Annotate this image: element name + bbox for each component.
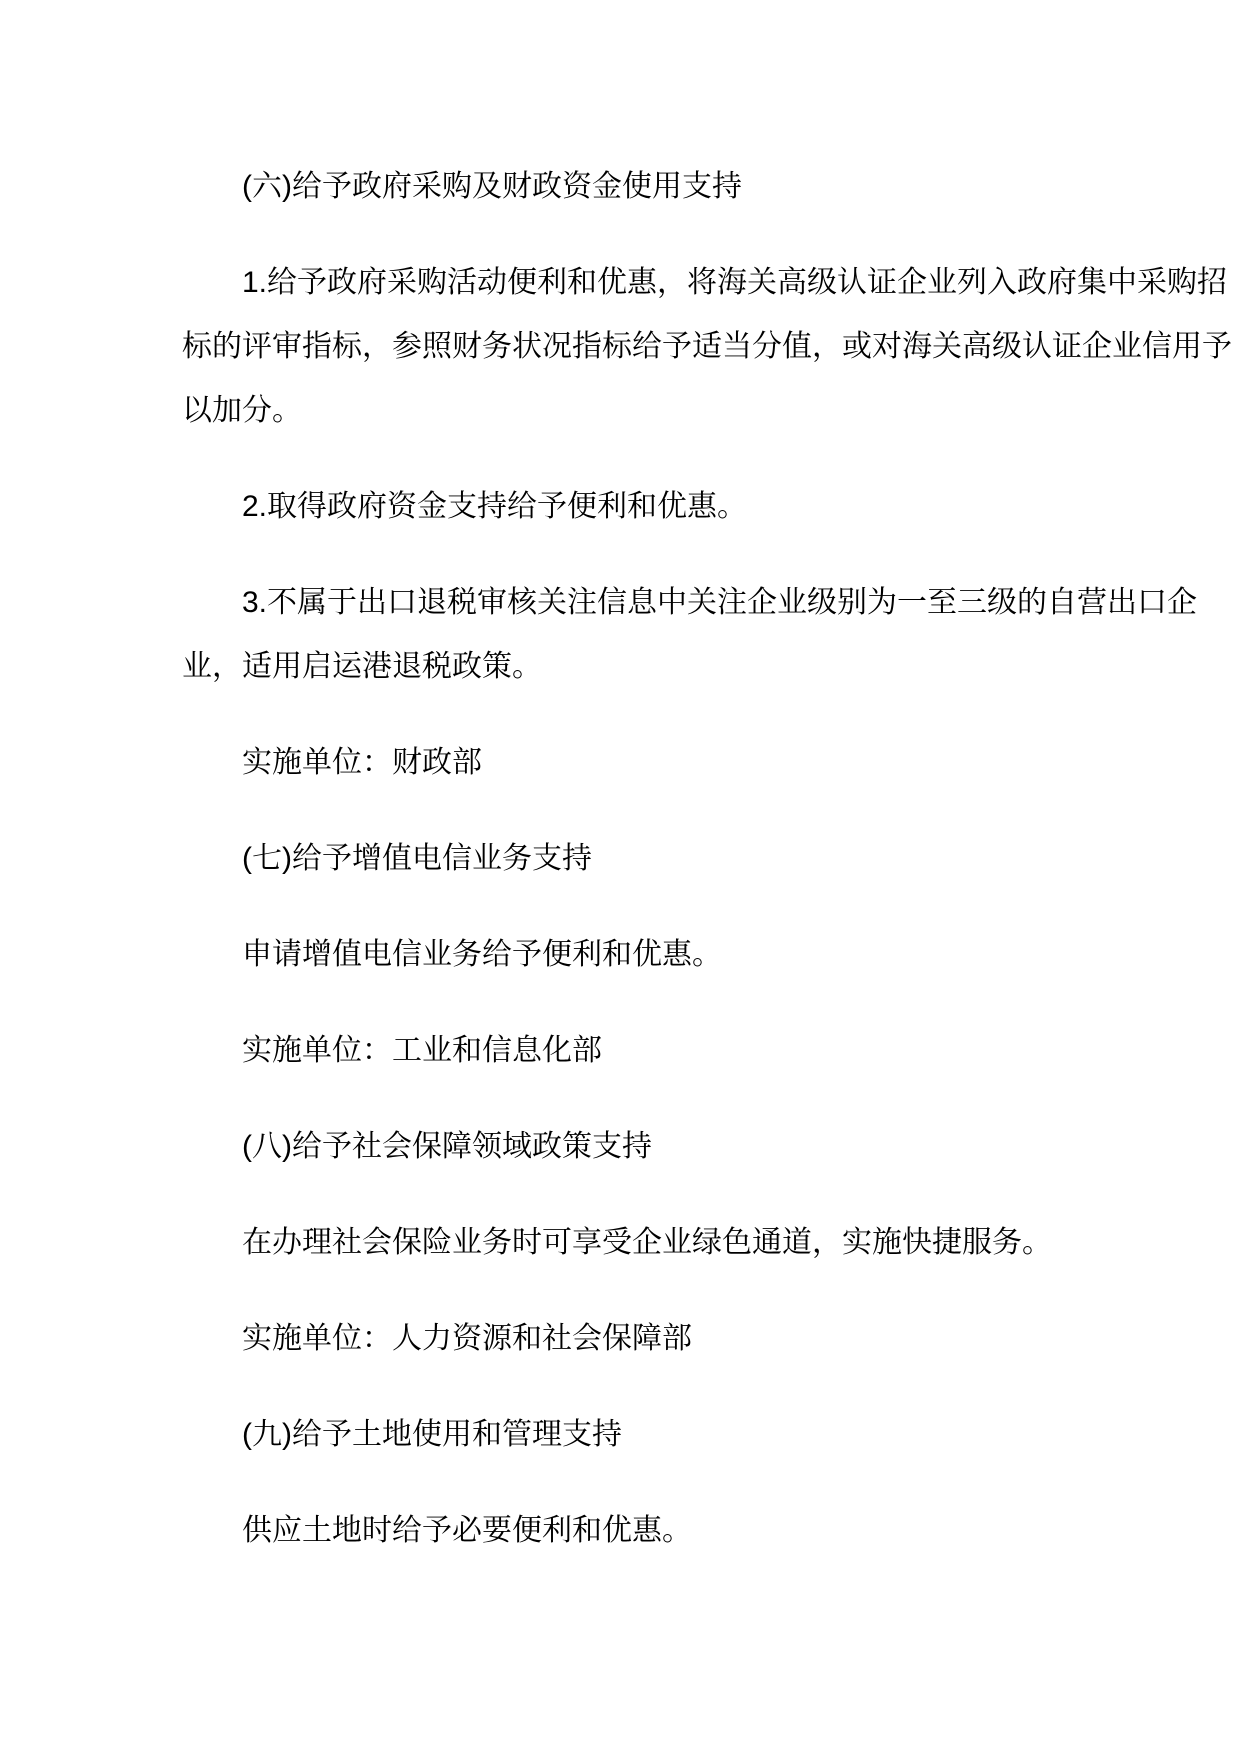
- para-vat-telecom: 申请增值电信业务给予便利和优惠。: [182, 923, 1067, 987]
- paragraph-line: 实施单位：工业和信息化部: [182, 1019, 1067, 1083]
- paragraph-line: 供应土地时给予必要便利和优惠。: [182, 1499, 1067, 1563]
- document-body: (六)给予政府采购及财政资金使用支持 1.给予政府采购活动便利和优惠，将海关高级…: [182, 155, 1067, 1595]
- para-item-3: 3.不属于出口退税审核关注信息中关注企业级别为一至三级的自营出口企 业，适用启运…: [182, 571, 1067, 699]
- paragraph-line: 在办理社会保险业务时可享受企业绿色通道，实施快捷服务。: [182, 1211, 1067, 1275]
- para-social-insurance: 在办理社会保险业务时可享受企业绿色通道，实施快捷服务。: [182, 1211, 1067, 1275]
- heading-section-6: (六)给予政府采购及财政资金使用支持: [182, 155, 1067, 219]
- para-land-supply: 供应土地时给予必要便利和优惠。: [182, 1499, 1067, 1563]
- paragraph-line: (九)给予土地使用和管理支持: [182, 1403, 1067, 1467]
- heading-section-7: (七)给予增值电信业务支持: [182, 827, 1067, 891]
- para-item-2: 2.取得政府资金支持给予便利和优惠。: [182, 475, 1067, 539]
- paragraph-line: 3.不属于出口退税审核关注信息中关注企业级别为一至三级的自营出口企: [182, 571, 1067, 635]
- paragraph-line: 业，适用启运港退税政策。: [182, 635, 1067, 699]
- heading-section-9: (九)给予土地使用和管理支持: [182, 1403, 1067, 1467]
- para-implementing-unit-mohrss: 实施单位：人力资源和社会保障部: [182, 1307, 1067, 1371]
- document-page: (六)给予政府采购及财政资金使用支持 1.给予政府采购活动便利和优惠，将海关高级…: [0, 0, 1241, 1754]
- paragraph-line: 2.取得政府资金支持给予便利和优惠。: [182, 475, 1067, 539]
- paragraph-line: 实施单位：财政部: [182, 731, 1067, 795]
- paragraph-line: (七)给予增值电信业务支持: [182, 827, 1067, 891]
- paragraph-line: 1.给予政府采购活动便利和优惠，将海关高级认证企业列入政府集中采购招: [182, 251, 1067, 315]
- paragraph-line: (六)给予政府采购及财政资金使用支持: [182, 155, 1067, 219]
- paragraph-line: 实施单位：人力资源和社会保障部: [182, 1307, 1067, 1371]
- para-item-1: 1.给予政府采购活动便利和优惠，将海关高级认证企业列入政府集中采购招 标的评审指…: [182, 251, 1067, 443]
- paragraph-line: 以加分。: [182, 379, 1067, 443]
- paragraph-line: 申请增值电信业务给予便利和优惠。: [182, 923, 1067, 987]
- paragraph-line: (八)给予社会保障领域政策支持: [182, 1115, 1067, 1179]
- heading-section-8: (八)给予社会保障领域政策支持: [182, 1115, 1067, 1179]
- paragraph-line: 标的评审指标，参照财务状况指标给予适当分值，或对海关高级认证企业信用予: [182, 315, 1067, 379]
- para-implementing-unit-mof: 实施单位：财政部: [182, 731, 1067, 795]
- para-implementing-unit-miit: 实施单位：工业和信息化部: [182, 1019, 1067, 1083]
